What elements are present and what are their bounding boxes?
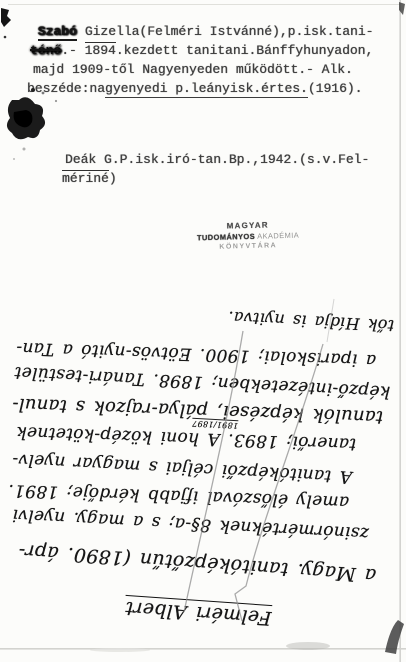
stamp-line-2: TUDOMÁNYOS AKADÉMIA: [192, 231, 304, 243]
typed-line-4-pre: beszéde:na: [27, 81, 105, 96]
typed-line-1: Szabó Gizella(Felméri Istvánné),p.isk.ta…: [38, 22, 373, 41]
stamp-line-2-strong: TUDOMÁNYOS: [197, 232, 255, 243]
typed-name-smudged: Szabó: [38, 24, 77, 41]
library-stamp: MAGYAR TUDOMÁNYOS AKADÉMIA KÖNYVTÁRA: [192, 220, 305, 252]
citation-line-2: mériné): [62, 169, 117, 188]
typed-line-3: majd 1909-től Nagyenyeden működött.- Alk…: [33, 60, 353, 79]
stamp-line-1: MAGYAR: [192, 220, 304, 232]
typed-line-4: beszéde:nagyenyedi p.leányisk.értes.(191…: [27, 79, 362, 98]
typed-line-2: tónő.- 1894.kezdett tanitani.Bánffyhunya…: [30, 41, 373, 60]
typed-line-4-post: (1916).: [308, 81, 363, 96]
citation-word-overlined: mériné: [62, 170, 109, 186]
stamp-line-2-rest: AKADÉMIA: [255, 231, 299, 241]
typed-line-1-rest: Gizella(Felméri Istvánné),p.isk.tani-: [77, 24, 373, 39]
citation-line-2-post: ): [109, 171, 117, 186]
citation-line-1: Deák G.P.isk.iró-tan.Bp.,1942.(s.v.Fel-: [65, 150, 369, 169]
typed-line-2-rest: .kezdett tanitani.Bánffyhunyadon,: [116, 43, 373, 58]
typed-word-struck: tónő: [30, 43, 61, 58]
typed-line-2-sep: .-: [61, 43, 84, 58]
typed-reference-underlined: gyenyedi p.leányisk.értes.: [105, 81, 308, 98]
typed-year-overlined: 1894: [85, 42, 116, 58]
